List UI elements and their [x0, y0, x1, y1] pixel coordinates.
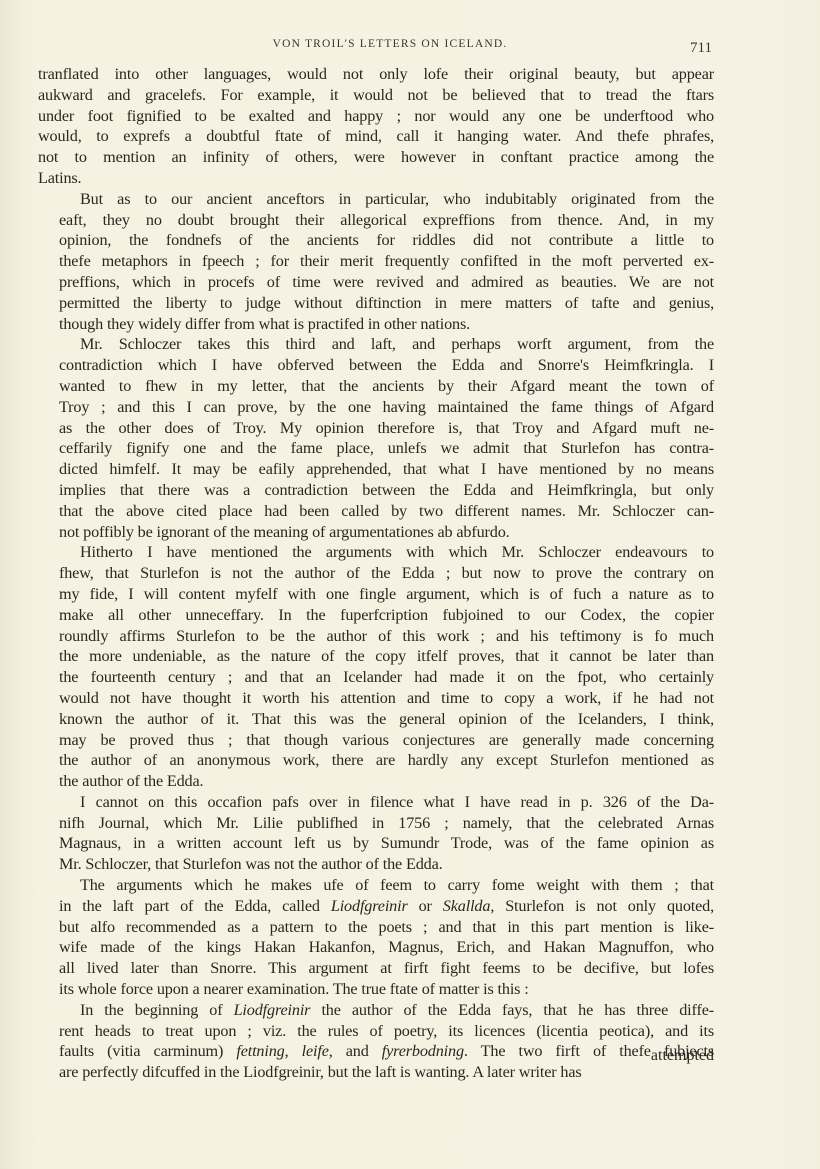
text-line: under foot fignified to be exalted and h…: [38, 106, 714, 127]
text-line: would not have thought it worth his atte…: [38, 688, 714, 709]
text-line: known the author of it. That this was th…: [38, 709, 714, 730]
text-line: nifh Journal, which Mr. Lilie publifhed …: [38, 813, 714, 834]
text-line: Mr. Schloczer, that Sturlefon was not th…: [38, 854, 714, 875]
text-line: permitted the liberty to judge without d…: [38, 293, 714, 314]
text-line: wanted to fhew in my letter, that the an…: [38, 376, 714, 397]
text-line: Latins.: [38, 168, 714, 189]
text-line: contradiction which I have obferved betw…: [38, 355, 714, 376]
text-line: the author of the Edda.: [38, 771, 714, 792]
text-line: all lived later than Snorre. This argume…: [38, 958, 714, 979]
text-line: tranflated into other languages, would n…: [38, 64, 714, 85]
running-head: VON TROIL'S LETTERS ON ICELAND. 711: [0, 38, 820, 58]
text-line: I cannot on this occafion pafs over in f…: [38, 792, 714, 813]
text-line: its whole force upon a nearer examinatio…: [38, 979, 714, 1000]
text-line: Mr. Schloczer takes this third and laft,…: [38, 334, 714, 355]
text-line: Troy ; and this I can prove, by the one …: [38, 397, 714, 418]
text-line: Hitherto I have mentioned the arguments …: [38, 542, 714, 563]
running-title: VON TROIL'S LETTERS ON ICELAND.: [220, 38, 560, 50]
paragraph: Hitherto I have mentioned the arguments …: [38, 542, 714, 792]
paragraph: Mr. Schloczer takes this third and laft,…: [38, 334, 714, 542]
catchword: attempted: [0, 1047, 714, 1065]
text-line: ceffarily fignify one and the fame place…: [38, 438, 714, 459]
text-line: as the other does of Troy. My opinion th…: [38, 418, 714, 439]
text-line: implies that there was a contradiction b…: [38, 480, 714, 501]
text-line: that the above cited place had been call…: [38, 501, 714, 522]
text-line: fhew, that Sturlefon is not the author o…: [38, 563, 714, 584]
text-line: In the beginning of Liodfgreinir the aut…: [38, 1000, 714, 1021]
text-line: wife made of the kings Hakan Hakanfon, M…: [38, 937, 714, 958]
text-line: dicted himfelf. It may be eafily apprehe…: [38, 459, 714, 480]
text-line: my fide, I will content myfelf with one …: [38, 584, 714, 605]
text-line: not to mention an infinity of others, we…: [38, 147, 714, 168]
text-line: Magnaus, in a written account left us by…: [38, 833, 714, 854]
book-page: VON TROIL'S LETTERS ON ICELAND. 711 tran…: [0, 0, 820, 1169]
paragraph: In the beginning of Liodfgreinir the aut…: [38, 1000, 714, 1083]
text-line: the fourteenth century ; and that an Ice…: [38, 667, 714, 688]
text-line: But as to our ancient anceftors in parti…: [38, 189, 714, 210]
text-line: roundly affirms Sturlefon to be the auth…: [38, 626, 714, 647]
text-line: The arguments which he makes ufe of feem…: [38, 875, 714, 896]
text-line: aukward and gracelefs. For example, it w…: [38, 85, 714, 106]
text-line: though they widely differ from what is p…: [38, 314, 714, 335]
text-line: in the laft part of the Edda, called Lio…: [38, 896, 714, 917]
paragraph: The arguments which he makes ufe of feem…: [38, 875, 714, 1000]
paragraph: But as to our ancient anceftors in parti…: [38, 189, 714, 335]
text-line: the author of an anonymous work, there a…: [38, 750, 714, 771]
text-line: are perfectly difcuffed in the Liodfgrei…: [38, 1062, 714, 1083]
text-line: preffions, which in procefs of time were…: [38, 272, 714, 293]
text-line: thefe metaphors in fpeech ; for their me…: [38, 251, 714, 272]
text-line: the more undeniable, as the nature of th…: [38, 646, 714, 667]
paragraph: I cannot on this occafion pafs over in f…: [38, 792, 714, 875]
text-line: eaft, they no doubt brought their allego…: [38, 210, 714, 231]
paragraph: tranflated into other languages, would n…: [38, 64, 714, 189]
text-line: may be proved thus ; that though various…: [38, 730, 714, 751]
text-line: rent heads to treat upon ; viz. the rule…: [38, 1021, 714, 1042]
page-number: 711: [690, 40, 712, 57]
body-text: tranflated into other languages, would n…: [38, 64, 714, 1083]
text-line: opinion, the fondnefs of the ancients fo…: [38, 230, 714, 251]
text-line: make all other unneceffary. In the fuper…: [38, 605, 714, 626]
text-line: not poffibly be ignorant of the meaning …: [38, 522, 714, 543]
text-line: would, to exprefs a doubtful ftate of mi…: [38, 126, 714, 147]
text-line: but alfo recommended as a pattern to the…: [38, 917, 714, 938]
